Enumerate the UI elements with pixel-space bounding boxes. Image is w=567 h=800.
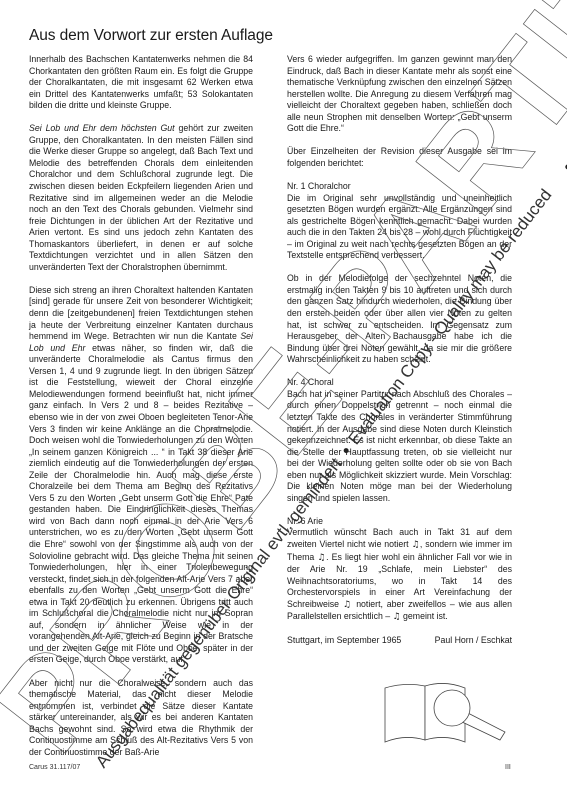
section-heading-nr1: Nr. 1 Choralchor: [287, 181, 512, 193]
music-note-icon: ♫: [393, 612, 401, 622]
music-note-icon: ♫: [343, 600, 352, 610]
page-number: III: [505, 764, 511, 771]
catalog-number: Carus 31.117/07: [29, 764, 80, 771]
section-body-nr4: Bach hat in seiner Partitur nach Abschlu…: [287, 389, 512, 504]
right-column: Vers 6 wieder aufgegriffen. Im ganzen ge…: [287, 54, 512, 658]
section-body-nr6: Vermutlich wünscht Bach auch in Takt 31 …: [287, 527, 512, 623]
left-column: Innerhalb des Bachschen Kantatenwerks ne…: [29, 54, 253, 770]
section-body-nr1-melody: Ob in der Melodiefolge der sechzehntel N…: [287, 273, 512, 365]
section-heading-nr6: Nr. 6 Arie: [287, 516, 512, 528]
signature-line: Stuttgart, im September 1965Paul Horn / …: [287, 635, 512, 647]
signature-name: Paul Horn / Eschkat: [435, 635, 512, 647]
paragraph-continued: Vers 6 wieder aufgegriffen. Im ganzen ge…: [287, 54, 512, 135]
section-body-nr1: Die im Original sehr unvollständig und u…: [287, 193, 512, 262]
cantata-title-italic: Sei Lob und Ehr dem höchsten Gut: [29, 123, 175, 133]
music-note-icon: ♫: [317, 553, 326, 563]
section-heading-nr4: Nr. 4 Choral: [287, 377, 512, 389]
paragraph-analysis: Diese sich streng an ihren Choraltext ha…: [29, 285, 253, 666]
music-note-icon: ♫: [411, 540, 419, 550]
signature-place-date: Stuttgart, im September 1965: [287, 635, 401, 647]
paragraph-intro: Innerhalb des Bachschen Kantatenwerks ne…: [29, 54, 253, 112]
page-title: Aus dem Vorwort zur ersten Auflage: [29, 27, 273, 45]
book-magnifier-icon: [370, 670, 510, 745]
paragraph-thematic: Aber nicht nur die Choralweise, sondern …: [29, 678, 253, 759]
document-page: Aus dem Vorwort zur ersten Auflage Inner…: [0, 0, 567, 800]
paragraph-choral-cantatas: Sei Lob und Ehr dem höchsten Gut gehört …: [29, 123, 253, 273]
paragraph-revision-intro: Über Einzelheiten der Revision dieser Au…: [287, 146, 512, 169]
